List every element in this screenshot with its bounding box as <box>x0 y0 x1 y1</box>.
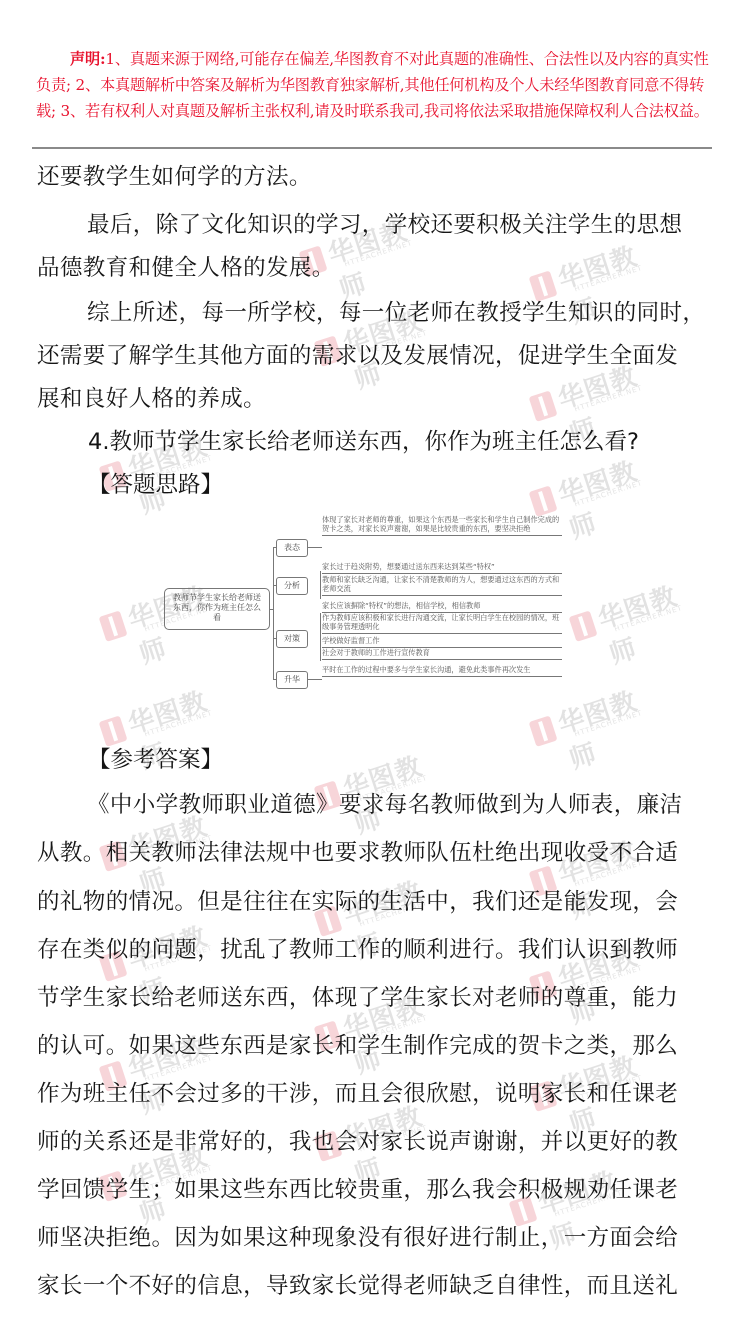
disclaimer-lead: 声明: <box>36 50 105 68</box>
mind-map-leaf: 家长过于趋炎附势，想要通过送东西来达到某些“特权” <box>322 562 562 574</box>
mind-map-leaf: 社会对于教师的工作进行宣传教育 <box>322 648 562 660</box>
mind-map-root: 教师节学生家长给老师送东西，你作为班主任怎么看 <box>164 588 270 630</box>
disclaimer-text: 1、真题来源于网络,可能存在偏差,华图教育不对此真题的准确性、合法性以及内容的真… <box>36 50 709 120</box>
mind-map-branch-sublimation: 升华 <box>276 671 308 689</box>
huatu-logo-icon <box>569 610 598 642</box>
mind-map-branch-statement: 表态 <box>276 539 308 557</box>
mind-map-spine <box>273 547 274 679</box>
body-paragraph-line: 《中小学教师职业道德》要求每名教师做到为人师表，廉洁 <box>37 790 748 820</box>
body-paragraph-line: 还需要了解学生其他方面的需求以及发展情况，促进学生全面发 <box>37 341 717 371</box>
body-paragraph-line: 学回馈学生；如果这些东西比较贵重，那么我会积极规劝任课老 <box>37 1175 717 1205</box>
huatu-logo-icon <box>529 715 558 747</box>
body-paragraph-line: 从教。相关教师法律法规中也要求教师队伍杜绝出现收受不合适 <box>37 838 717 868</box>
section-heading-thinking: 【答题思路】 <box>88 470 223 500</box>
mind-map-branch-analysis: 分析 <box>276 577 308 595</box>
section-heading-answer: 【参考答案】 <box>88 745 223 775</box>
body-paragraph-line: 家长一个不好的信息，导致家长觉得老师缺乏自律性，而且送礼 <box>37 1271 717 1301</box>
disclaimer: 声明:1、真题来源于网络,可能存在偏差,华图教育不对此真题的准确性、合法性以及内… <box>36 46 712 124</box>
mind-map-leaf: 作为教师应该积极和家长进行沟通交流，让家长明白学生在校园的情况，班级事务管理透明… <box>322 613 562 634</box>
body-paragraph-line: 的礼物的情况。但是往往在实际的生活中，我们还是能发现，会 <box>37 887 717 917</box>
mind-map-leaf: 学校做好监督工作 <box>322 636 562 648</box>
body-paragraph-line: 品德教育和健全人格的发展。 <box>37 253 717 283</box>
mind-map-leaf: 体现了家长对老师的尊重，如果这个东西是一些家长和学生自己制作完成的贺卡之类，对家… <box>322 515 562 536</box>
body-paragraph-line: 最后，除了文化知识的学习，学校还要积极关注学生的思想 <box>37 210 748 240</box>
watermark: 华图教师HTTEACHER.NET <box>566 573 694 652</box>
mind-map-leaf: 教师和家长缺乏沟通，让家长不清楚教师的为人，想要通过这东西的方式和老师交流 <box>322 575 562 596</box>
header-divider <box>32 147 712 149</box>
huatu-logo-icon <box>99 715 128 747</box>
mind-map-leaf: 平时在工作的过程中要多与学生家长沟通，避免此类事件再次发生 <box>322 665 562 677</box>
body-paragraph-line: 的认可。如果这些东西是家长和学生制作完成的贺卡之类，那么 <box>37 1031 717 1061</box>
mind-map-leaf: 家长应该摒除“特权”的想法，相信学校，相信教师 <box>322 601 562 613</box>
body-paragraph-line: 师坚决拒绝。因为如果这种现象没有很好进行制止，一方面会给 <box>37 1223 717 1253</box>
body-paragraph-line: 综上所述，每一所学校，每一位老师在教授学生知识的同时， <box>37 298 748 328</box>
body-paragraph-line: 师的关系还是非常好的，我也会对家长说声谢谢，并以更好的教 <box>37 1127 717 1157</box>
body-paragraph-line: 存在类似的问题，扰乱了教师工作的顺利进行。我们认识到教师 <box>37 935 717 965</box>
question-title: 4.教师节学生家长给老师送东西，你作为班主任怎么看? <box>88 427 639 457</box>
body-paragraph-line: 作为班主任不会过多的干涉，而且会很欣慰，说明家长和任课老 <box>37 1079 717 1109</box>
huatu-logo-icon <box>99 610 128 642</box>
body-paragraph-line: 节学生家长给老师送东西，体现了学生家长对老师的尊重，能力 <box>37 983 717 1013</box>
watermark: 华图教师HTTEACHER.NET <box>526 678 654 757</box>
mind-map-branch-countermeasures: 对策 <box>276 630 308 648</box>
body-paragraph-line: 展和良好人格的养成。 <box>37 384 717 414</box>
body-paragraph-line: 还要教学生如何学的方法。 <box>37 162 717 192</box>
mind-map-diagram: 教师节学生家长给老师送东西，你作为班主任怎么看 表态 体现了家长对老师的尊重，如… <box>150 505 570 685</box>
